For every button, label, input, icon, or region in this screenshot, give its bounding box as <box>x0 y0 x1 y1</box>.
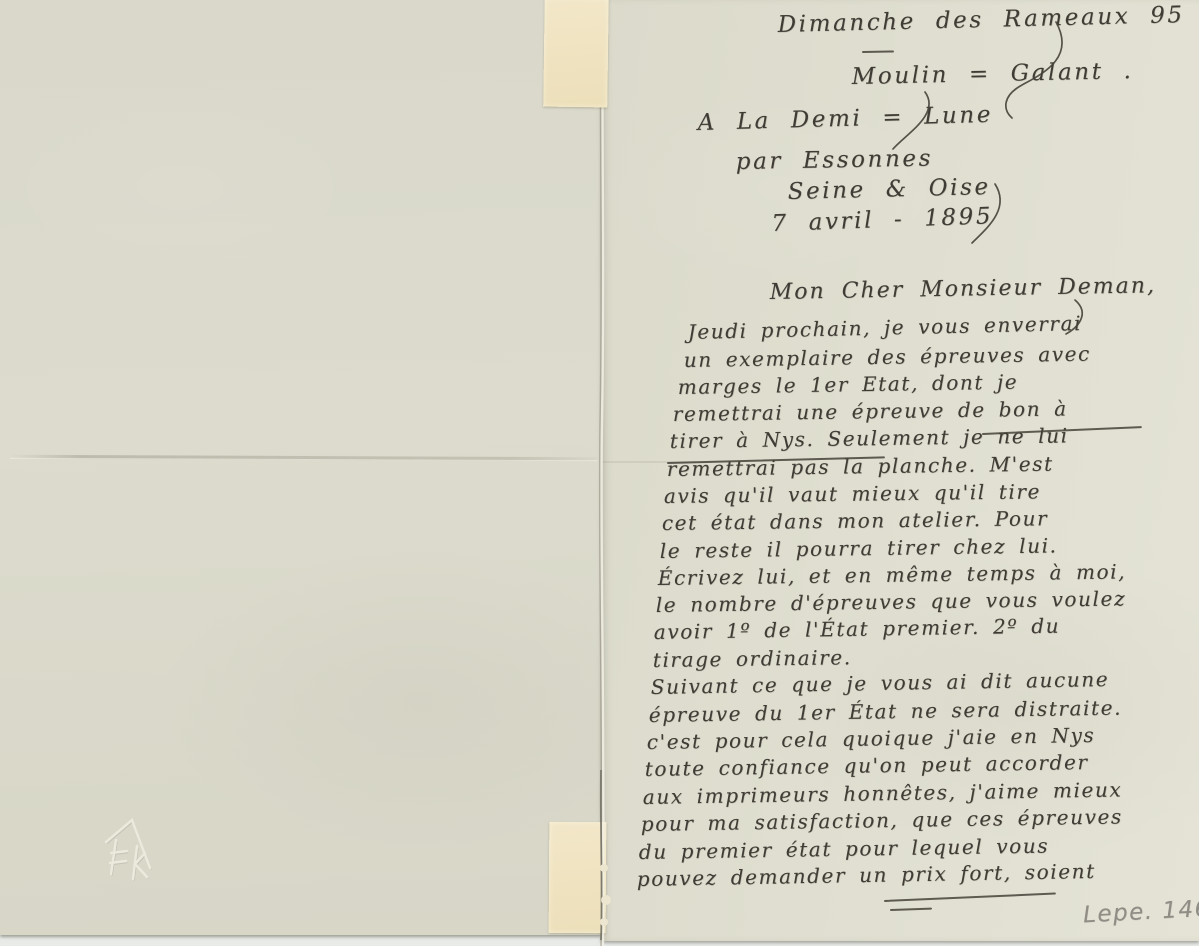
dateline-line: par Essonnes <box>736 146 934 175</box>
tape-repair-top <box>543 0 609 107</box>
scanned-letter: Dimanche des Rameaux 95 Moulin = Galant … <box>0 0 1199 946</box>
dateline-line: Seine & Oise <box>787 174 991 205</box>
blind-stamp-monogram-icon <box>92 812 166 892</box>
body-line: tirage ordinaire. <box>653 645 852 672</box>
body-line: cet état dans mon atelier. Pour <box>662 506 1049 535</box>
tape-repair-bottom <box>549 822 607 933</box>
left-blank-page <box>0 0 601 935</box>
body-line: avis qu'il vaut mieux qu'il tire <box>664 479 1041 508</box>
